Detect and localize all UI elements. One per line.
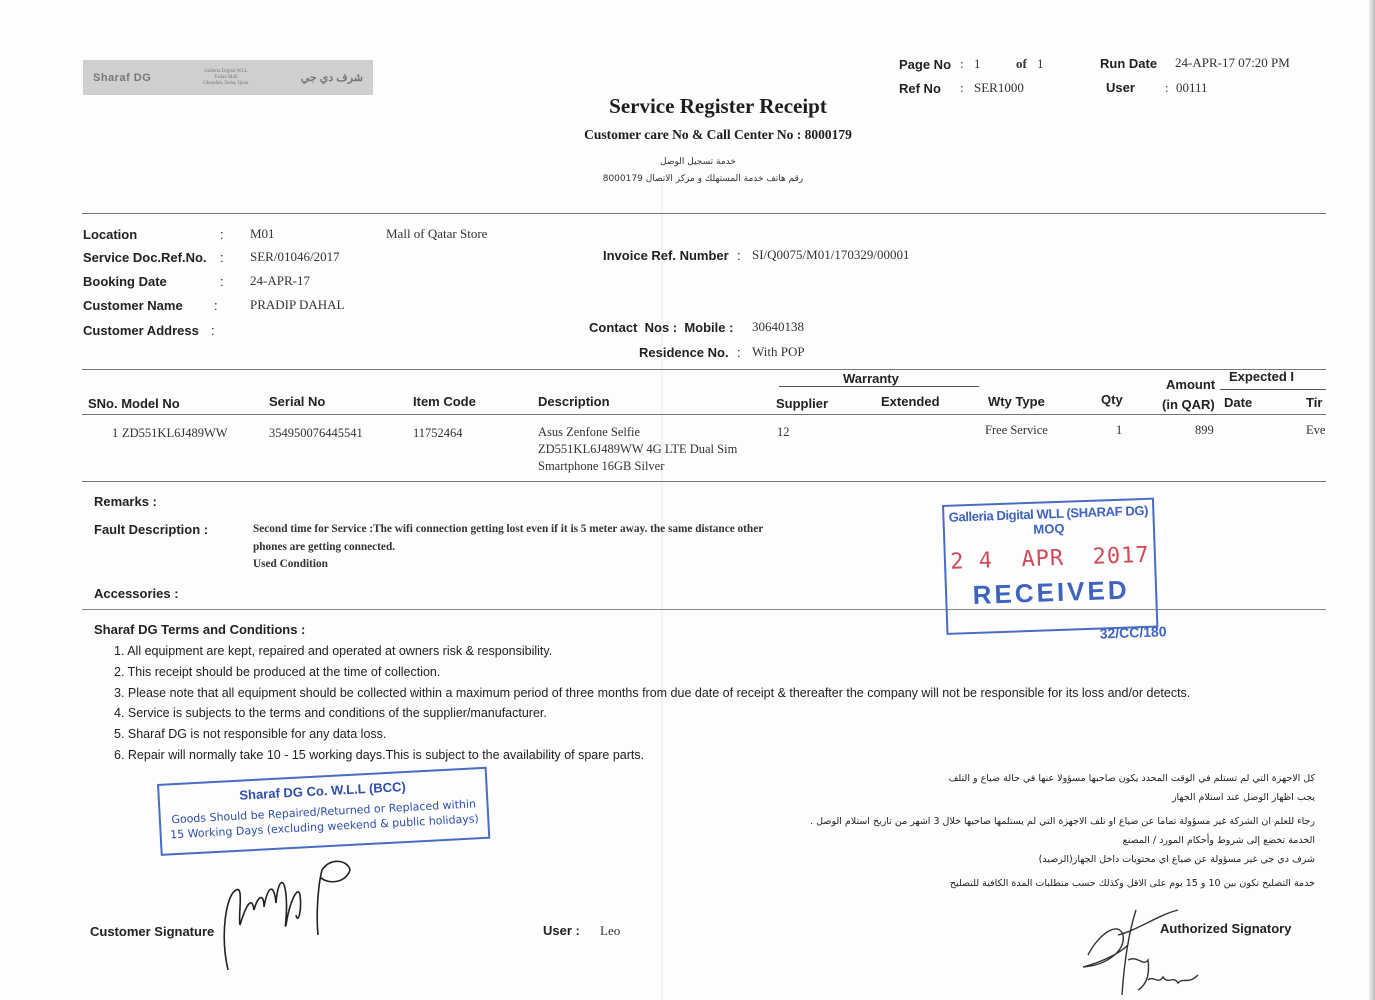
colon: : xyxy=(960,56,964,72)
terms-item: 6. Repair will normally take 10 - 15 wor… xyxy=(114,745,1190,766)
customer-name: PRADIP DAHAL xyxy=(250,297,345,313)
page-no: 1 xyxy=(974,56,981,72)
warranty-group-header: Warranty xyxy=(843,371,899,386)
colon: : xyxy=(220,250,224,265)
time-header: Tir xyxy=(1306,395,1322,410)
fault-line: phones are getting connected. xyxy=(253,538,763,556)
row-supplier: 12 xyxy=(777,424,790,441)
contact-mobile-label: Contact Nos : Mobile : xyxy=(589,320,733,335)
arabic-term-line: يجب اظهار الوصل عند استلام الجهاز xyxy=(810,788,1315,807)
serial-header: Serial No xyxy=(269,394,325,409)
booking-date-label: Booking Date xyxy=(83,274,167,289)
row-qty: 1 xyxy=(1116,422,1122,439)
description-header: Description xyxy=(538,394,610,409)
expected-underline xyxy=(1220,389,1326,390)
arabic-term-line: خدمة التصليح تكون بين 10 و 15 يوم على ال… xyxy=(810,874,1315,893)
colon: : xyxy=(737,248,741,263)
amount-unit-header: (in QAR) xyxy=(1162,397,1215,412)
sno-model-header: SNo. Model No xyxy=(88,396,180,411)
run-date-label: Run Date xyxy=(1100,56,1157,71)
invoice-ref-label: Invoice Ref. Number xyxy=(603,248,729,263)
location-name: Mall of Qatar Store xyxy=(386,226,487,242)
terms-item: 1. All equipment are kept, repaired and … xyxy=(114,641,1190,662)
invoice-ref: SI/Q0075/M01/170329/00001 xyxy=(752,247,909,263)
fault-line: Second time for Service :The wifi connec… xyxy=(253,520,763,538)
fault-line: Used Condition xyxy=(253,555,763,573)
address-line: Galleria Digital WLL xyxy=(203,69,249,75)
customer-signature-icon xyxy=(218,855,358,980)
description-line: Asus Zenfone Selfie xyxy=(538,424,737,441)
colon: : xyxy=(220,227,224,242)
paper-edge xyxy=(1369,0,1375,1000)
table-bottom-rule xyxy=(82,481,1326,482)
wty-type-header: Wty Type xyxy=(988,394,1045,409)
user-label: User xyxy=(1106,80,1135,95)
row-amount: 899 xyxy=(1195,422,1214,439)
terms-list: 1. All equipment are kept, repaired and … xyxy=(114,641,1190,766)
table-top-rule xyxy=(82,369,1326,370)
residence-number: With POP xyxy=(752,344,805,360)
service-doc-label: Service Doc.Ref.No. xyxy=(83,250,207,265)
arabic-terms: كل الاجهزة التي لم تستلم في الوقت المحدد… xyxy=(810,769,1315,893)
accessories-label: Accessories : xyxy=(94,586,179,601)
row-time: Eve xyxy=(1306,422,1325,439)
bcc-stamp: Sharaf DG Co. W.L.L (BCC) Goods Should b… xyxy=(157,767,490,856)
customer-address-label: Customer Address xyxy=(83,323,199,338)
address-line: Gharafah, Doha, Qatar xyxy=(203,81,249,87)
expected-group-header: Expected I xyxy=(1229,369,1294,384)
received-stamp: Galleria Digital WLL (SHARAF DG) MOQ 2 4… xyxy=(942,498,1158,635)
fault-description: Second time for Service :The wifi connec… xyxy=(253,520,763,573)
terms-item: 4. Service is subjects to the terms and … xyxy=(114,703,1190,724)
footer-user-label: User : xyxy=(543,923,580,938)
row-serial: 354950076445541 xyxy=(269,425,363,442)
booking-date: 24-APR-17 xyxy=(250,273,310,289)
customer-signature-label: Customer Signature xyxy=(90,924,214,939)
row-description: Asus Zenfone Selfie ZD551KL6J489WW 4G LT… xyxy=(538,424,737,475)
description-line: Smartphone 16GB Silver xyxy=(538,458,737,475)
row-item-code: 11752464 xyxy=(413,425,463,442)
arabic-title: خدمة تسجيل الوصل xyxy=(0,157,1375,167)
stamp-date: 2 4 APR 2017 xyxy=(946,543,1155,575)
page-total: 1 xyxy=(1037,56,1044,72)
fault-description-label: Fault Description : xyxy=(94,522,208,537)
terms-item: 5. Sharaf DG is not responsible for any … xyxy=(114,724,1190,745)
date-header: Date xyxy=(1224,395,1252,410)
brand-logo-en: Sharaf DG xyxy=(93,72,151,84)
call-center-subtitle: Customer care No & Call Center No : 8000… xyxy=(0,127,1375,143)
colon: : xyxy=(220,274,224,289)
arabic-term-line: رجاء للعلم ان الشركة غير مسؤولة تماما عن… xyxy=(810,812,1315,831)
colon: : xyxy=(211,323,215,338)
qty-header: Qty xyxy=(1101,392,1123,407)
terms-item: 3. Please note that all equipment should… xyxy=(114,683,1190,704)
stamp-received-text: RECEIVED xyxy=(947,574,1156,612)
run-date: 24-APR-17 07:20 PM xyxy=(1175,55,1290,71)
arabic-term-line: شرف دي جي غير مسؤولة عن ضياع اي محتويات … xyxy=(810,850,1315,869)
company-address: Galleria Digital WLL Ezdan Mall Gharafah… xyxy=(203,69,249,87)
row-wty-type: Free Service xyxy=(985,422,1048,439)
terms-item: 2. This receipt should be produced at th… xyxy=(114,662,1190,683)
arabic-subtitle: رقم هاتف خدمة المستهلك و مركز الاتصال 80… xyxy=(0,174,1375,184)
authorized-signature-icon xyxy=(1078,905,1208,1000)
paper-fold xyxy=(660,180,664,1000)
row-model: ZD551KL6J489WW xyxy=(122,425,228,442)
page-title: Service Register Receipt xyxy=(0,94,1375,119)
location-code: M01 xyxy=(250,226,275,242)
company-logo-banner: Sharaf DG Galleria Digital WLL Ezdan Mal… xyxy=(83,60,373,95)
residence-label: Residence No. xyxy=(639,345,729,360)
table-header-rule xyxy=(82,414,1326,415)
service-doc-ref: SER/01046/2017 xyxy=(250,249,340,265)
remarks-label: Remarks : xyxy=(94,494,157,509)
terms-title: Sharaf DG Terms and Conditions : xyxy=(94,622,305,637)
colon: : xyxy=(737,345,741,360)
customer-name-label: Customer Name xyxy=(83,298,183,313)
item-code-header: Item Code xyxy=(413,394,476,409)
divider xyxy=(82,213,1326,214)
amount-header: Amount xyxy=(1166,377,1215,392)
extended-header: Extended xyxy=(881,394,940,409)
row-sno: 1 xyxy=(112,425,118,442)
brand-logo-ar: شرف دي جي xyxy=(301,71,363,84)
footer-user: Leo xyxy=(600,923,620,939)
page-no-label: Page No xyxy=(899,57,951,72)
mobile-number: 30640138 xyxy=(752,319,804,335)
colon: : xyxy=(214,298,218,313)
arabic-term-line: كل الاجهزة التي لم تستلم في الوقت المحدد… xyxy=(810,769,1315,788)
description-line: ZD551KL6J489WW 4G LTE Dual Sim xyxy=(538,441,737,458)
location-label: Location xyxy=(83,227,137,242)
of-label: of xyxy=(1016,56,1027,72)
stamp-code: 32/CC/180 xyxy=(1099,623,1166,641)
supplier-header: Supplier xyxy=(776,396,828,411)
warranty-underline xyxy=(779,386,979,387)
arabic-term-line: الخدمة تخضع إلى شروط وأحكام المورد / الم… xyxy=(810,831,1315,850)
